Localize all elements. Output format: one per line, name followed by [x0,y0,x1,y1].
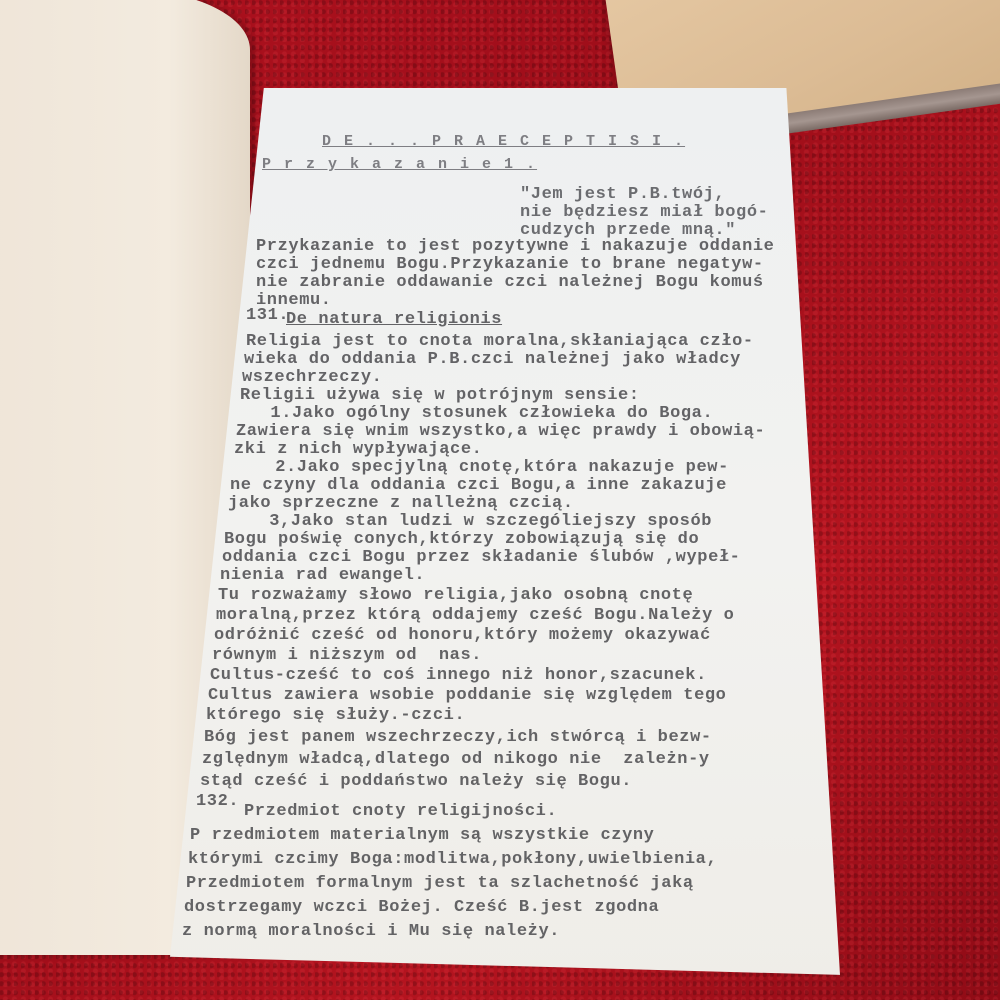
body-line: P rzedmiotem materialnym są wszystkie cz… [190,826,654,845]
body-line: odróżnić cześć od honoru,który możemy ok… [214,626,711,645]
section-number: 131. [246,306,289,325]
body-line: Cultus zawiera wsobie poddanie się wzglę… [208,686,726,705]
body-line: nienia rad ewangel. [220,566,425,585]
quote-line: nie będziesz miał bogó- [520,203,768,222]
body-line: jako sprzeczne z nalleżną czcią. [228,494,574,513]
body-line: stąd cześć i poddaństwo należy się Bogu. [200,772,632,791]
body-line: Przedmiotem formalnym jest ta szlachetno… [186,874,694,893]
body-line: 1.Jako ogólny stosunek człowieka do Boga… [238,404,713,423]
body-line: równym i niższym od nas. [212,646,482,665]
intro-line: nie zabranie oddawanie czci należnej Bog… [256,273,764,292]
body-line: ne czyny dla oddania czci Bogu,a inne za… [230,476,727,495]
section-number: 132. [196,792,239,811]
intro-line: czci jednemu Bogu.Przykazanie to brane n… [256,255,764,274]
body-line: Religia jest to cnota moralna,skłaniając… [246,332,754,351]
body-line: 3,Jako stan ludzi w szczególiejszy sposó… [226,512,712,531]
body-line: z normą moralności i Mu się należy. [182,922,560,941]
heading-de-praeceptis: D E . . . P R A E C E P T I S I . [322,133,685,150]
section-title: Przedmiot cnoty religijności. [244,802,557,821]
page-text: D E . . . P R A E C E P T I S I . P r z … [0,0,1000,1000]
body-line: którego się służy.-czci. [206,706,465,725]
body-line: oddania czci Bogu przez składanie ślubów… [222,548,740,567]
body-line: Zawiera się wnim wszystko,a więc prawdy … [236,422,765,441]
body-line: Bogu poświę conych,którzy zobowiązują si… [224,530,699,549]
intro-line: Przykazanie to jest pozytywne i nakazuje… [256,237,774,256]
body-line: Religii używa się w potrójnym sensie: [240,386,640,405]
body-line: zki z nich wypływające. [234,440,482,459]
body-line: moralną,przez którą oddajemy cześć Bogu.… [216,606,734,625]
body-line: dostrzegamy wczci Bożej. Cześć B.jest zg… [184,898,659,917]
body-line: Tu rozważamy słowo religia,jako osobną c… [218,586,693,605]
body-line: 2.Jako specjylną cnotę,która nakazuje pe… [232,458,729,477]
body-line: wszechrzeczy. [242,368,382,387]
body-line: którymi czcimy Boga:modlitwa,pokłony,uwi… [188,850,717,869]
quote-line: "Jem jest P.B.twój, [520,185,725,204]
body-line: zględnym władcą,dlatego od nikogo nie za… [202,750,710,769]
section-title: De natura religionis [286,310,502,329]
heading-przykazanie: P r z y k a z a n i e 1 . [262,156,537,173]
body-line: Bóg jest panem wszechrzeczy,ich stwórcą … [204,728,712,747]
body-line: wieka do oddania P.B.czci należnej jako … [244,350,741,369]
body-line: Cultus-cześć to coś innego niż honor,sza… [210,666,707,685]
